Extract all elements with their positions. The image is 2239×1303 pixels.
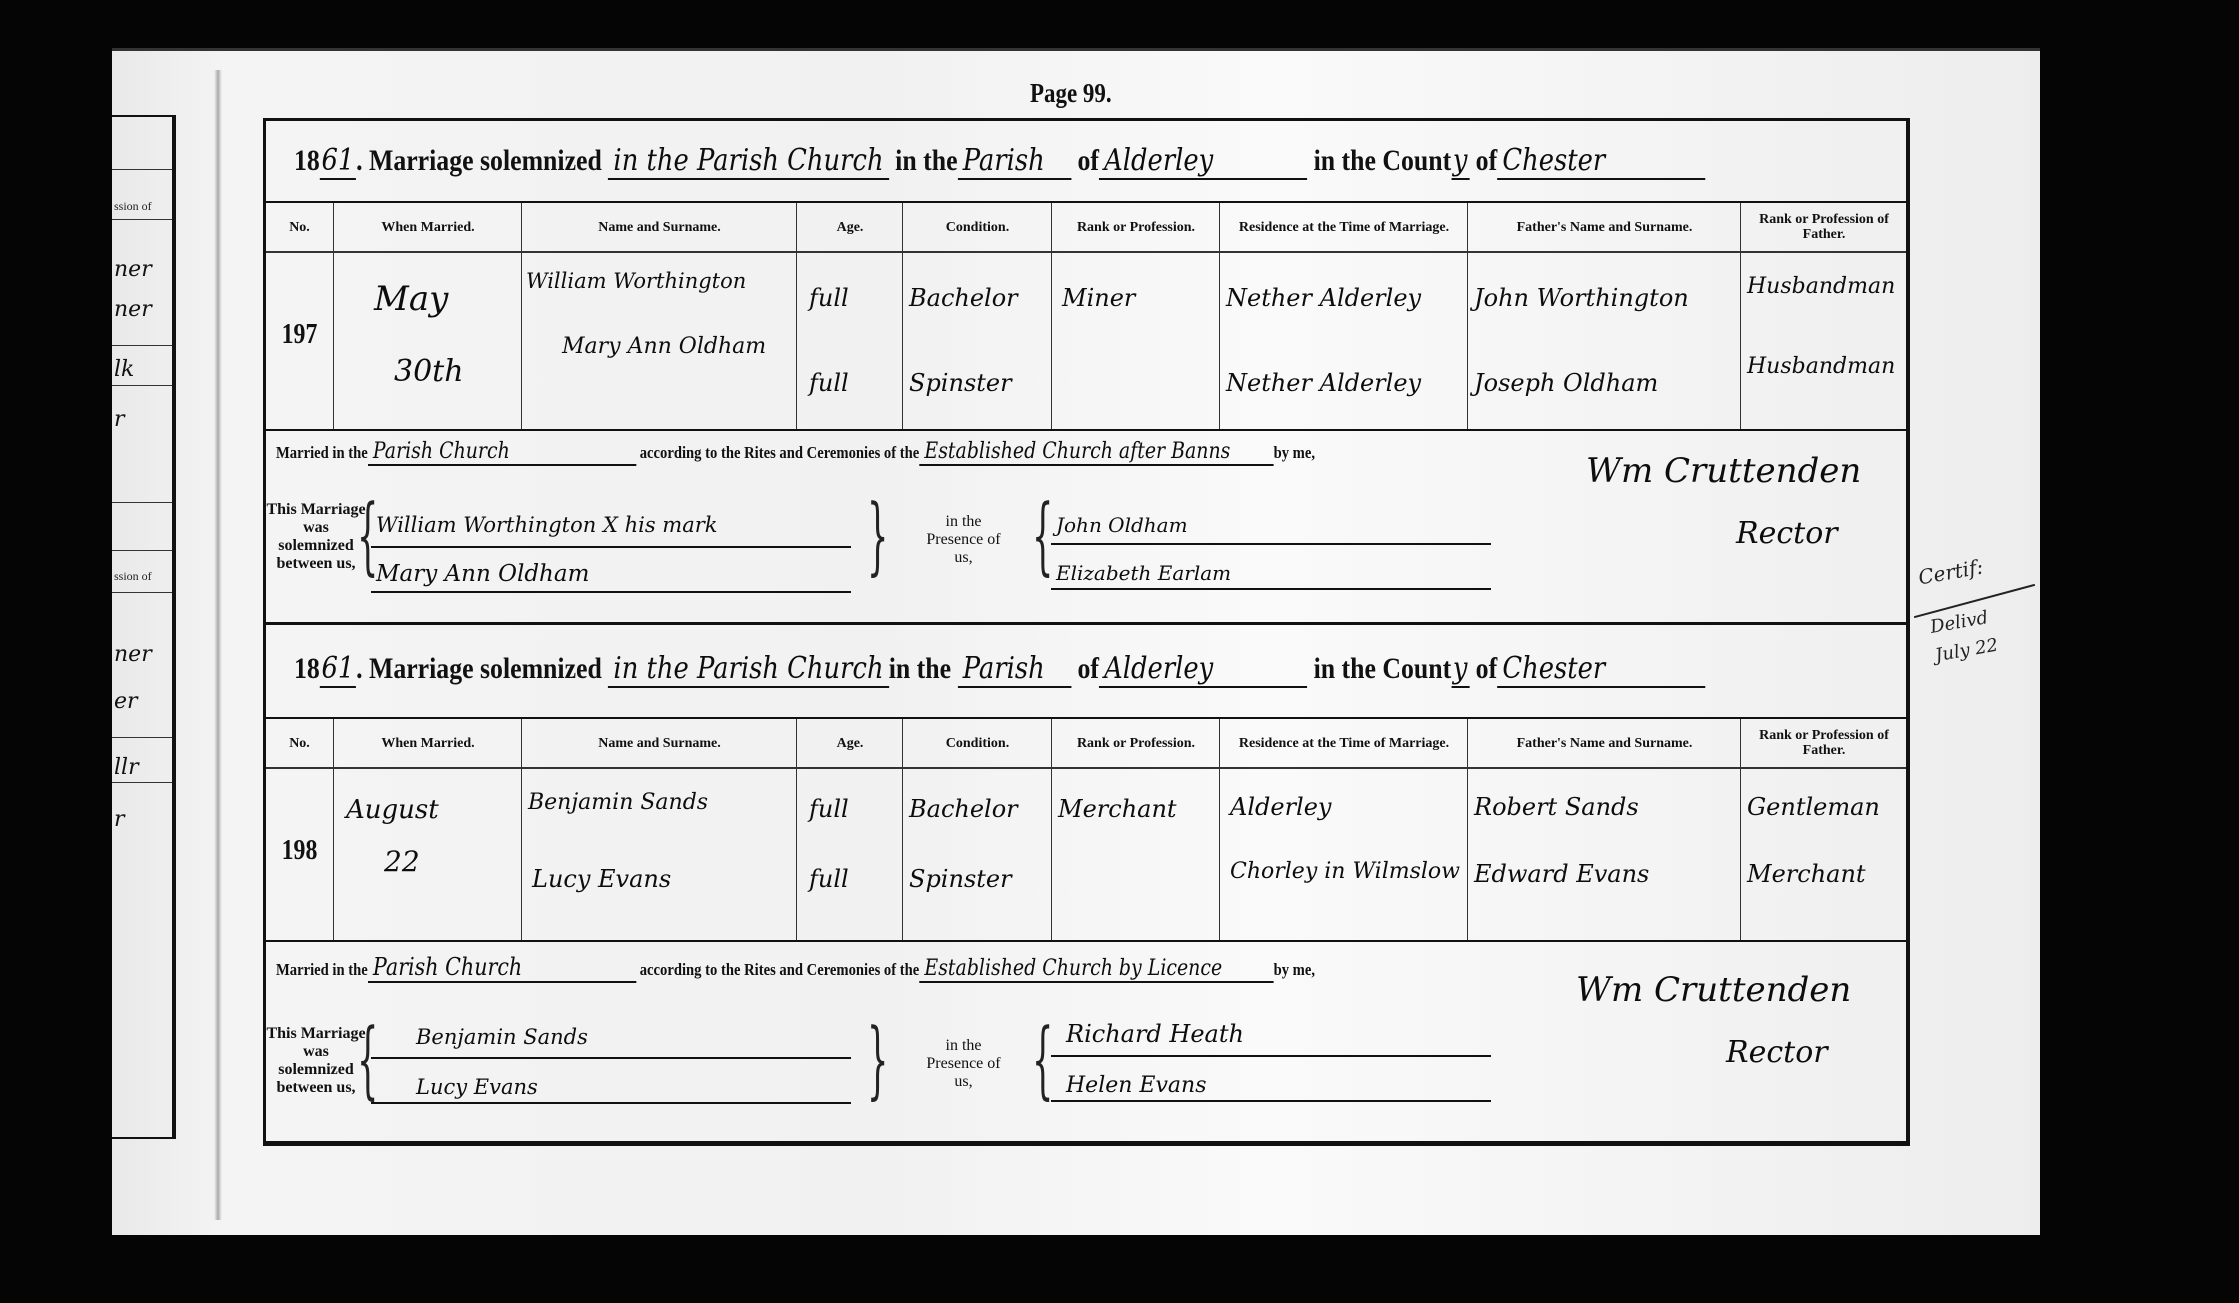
- left-entry-text: r: [114, 407, 125, 432]
- place-field: in the Parish Church: [608, 143, 888, 180]
- signature-line: [371, 1057, 851, 1059]
- divider: [112, 550, 172, 551]
- bride-name: Mary Ann Oldham: [562, 334, 766, 359]
- label: in the Count: [1314, 652, 1452, 685]
- bride-name: Lucy Evans: [532, 865, 671, 893]
- marriage-day: 30th: [394, 354, 464, 389]
- left-entry-text: ner: [114, 297, 152, 322]
- groom-condition: Bachelor: [909, 795, 1018, 823]
- county-suffix: y: [1451, 651, 1469, 688]
- cell-profession: Miner: [1051, 249, 1220, 429]
- marriage-entry-198: 1861. Marriage solemnized in the Parish …: [263, 622, 1910, 1146]
- left-entry-text: er: [114, 689, 138, 714]
- marriage-entry-197: 1861. Marriage solemnized in the Parish …: [263, 118, 1910, 626]
- divider: [112, 502, 172, 503]
- bride-father-profession: Merchant: [1747, 860, 1866, 888]
- brace: {: [357, 1017, 378, 1101]
- brace: {: [1032, 1017, 1053, 1101]
- label: . Marriage solemnized: [356, 652, 602, 685]
- entry-number: 197: [271, 319, 328, 351]
- signature-line: [1051, 1055, 1491, 1057]
- column-headers: No. When Married. Name and Surname. Age.…: [266, 201, 1906, 253]
- label: . Marriage solemnized: [356, 144, 602, 177]
- this-marriage-label: This Marriage was solemnized between us,: [266, 1025, 366, 1097]
- bride-signature: Lucy Evans: [416, 1075, 538, 1099]
- cell-condition: Bachelor Spinster: [902, 765, 1052, 940]
- witness-2: Elizabeth Earlam: [1056, 561, 1231, 585]
- divider: [112, 592, 172, 593]
- signature-line: [371, 1102, 851, 1104]
- divider: [112, 385, 172, 386]
- left-entry-text: ner: [114, 257, 152, 282]
- groom-age: full: [809, 284, 849, 312]
- brace: }: [867, 1017, 888, 1101]
- county-field: Chester: [1497, 143, 1705, 180]
- left-entry-text: llr: [114, 755, 139, 780]
- label: in the Count: [1314, 144, 1452, 177]
- groom-father: Robert Sands: [1474, 793, 1639, 821]
- married-in-line: Married in theParish Church according to…: [276, 439, 1315, 466]
- cell-age: full full: [796, 249, 903, 429]
- groom-profession: Miner: [1062, 284, 1135, 312]
- groom-age: full: [809, 795, 849, 823]
- col-condition: Condition.: [902, 719, 1052, 767]
- married-in-field: Parish Church: [368, 439, 636, 466]
- place-field: in the Parish Church: [608, 651, 888, 688]
- col-when-married: When Married.: [333, 203, 522, 251]
- witness-1: John Oldham: [1056, 513, 1188, 537]
- label: of: [1476, 144, 1498, 177]
- cell-father-profession: Husbandman Husbandman: [1740, 249, 1907, 429]
- rites-field: Established Church after Banns: [919, 439, 1273, 466]
- cell-residence: Nether Alderley Nether Alderley: [1219, 249, 1468, 429]
- bride-condition: Spinster: [909, 865, 1012, 893]
- married-in-field: Parish Church: [368, 953, 636, 983]
- groom-father: John Worthington: [1474, 284, 1689, 312]
- groom-signature: Benjamin Sands: [416, 1025, 588, 1049]
- county-field: Chester: [1497, 651, 1705, 688]
- left-entry-text: lk: [114, 357, 134, 382]
- district-field: Alderley: [1099, 143, 1307, 180]
- label: in the: [895, 144, 957, 177]
- table-row: 198 August 22 Benjamin Sands Lucy Evans …: [266, 765, 1906, 942]
- col-condition: Condition.: [902, 203, 1052, 251]
- col-name: Name and Surname.: [521, 203, 797, 251]
- signature-line: [1051, 588, 1491, 590]
- entry-number: 198: [271, 835, 328, 867]
- witness-1: Richard Heath: [1066, 1020, 1244, 1048]
- bride-signature: Mary Ann Oldham: [376, 561, 589, 587]
- cell-when-married: August 22: [333, 765, 522, 940]
- bride-father: Edward Evans: [1474, 860, 1649, 888]
- column-headers: No. When Married. Name and Surname. Age.…: [266, 717, 1906, 769]
- officiant-signature: Wm Cruttenden: [1586, 451, 1861, 491]
- left-page-fragment: ssion of ner ner lk r ssion of ner er ll…: [112, 115, 176, 1139]
- left-header-text: ssion of: [114, 569, 152, 584]
- signature-line: [1051, 543, 1491, 545]
- cell-father-name: Robert Sands Edward Evans: [1467, 765, 1741, 940]
- brace: {: [1032, 493, 1053, 577]
- label: Married in the: [276, 960, 368, 979]
- entry-title: 1861. Marriage solemnized in the Parish …: [294, 651, 1705, 688]
- cell-no: 197: [266, 249, 333, 429]
- district-type-field: Parish: [958, 143, 1072, 180]
- groom-father-profession: Husbandman: [1747, 274, 1895, 299]
- col-when-married: When Married.: [333, 719, 522, 767]
- county-suffix: y: [1451, 143, 1469, 180]
- in-presence-label: in the Presence of us,: [926, 513, 1001, 567]
- divider: [112, 345, 172, 346]
- district-field: Alderley: [1099, 651, 1307, 688]
- label: by me,: [1274, 960, 1315, 979]
- page-number: Page 99.: [1030, 78, 1112, 109]
- entry-title: 1861. Marriage solemnized in the Parish …: [294, 143, 1705, 180]
- groom-father-profession: Gentleman: [1747, 793, 1880, 821]
- district-type-field: Parish: [958, 651, 1072, 688]
- officiant-signature: Wm Cruttenden: [1576, 970, 1851, 1010]
- divider: [112, 737, 172, 738]
- cell-profession: Merchant: [1051, 765, 1220, 940]
- officiant-title: Rector: [1736, 516, 1838, 551]
- label: in the: [889, 652, 951, 685]
- signature-line: [1051, 1100, 1491, 1102]
- officiant-title: Rector: [1726, 1035, 1828, 1070]
- cell-no: 198: [266, 765, 333, 940]
- bride-residence: Chorley in Wilmslow: [1230, 850, 1460, 894]
- bride-father-profession: Husbandman: [1747, 354, 1895, 379]
- col-age: Age.: [796, 203, 903, 251]
- col-father-profession: Rank or Profession of Father.: [1740, 203, 1907, 251]
- col-father-name: Father's Name and Surname.: [1467, 203, 1741, 251]
- cell-father-profession: Gentleman Merchant: [1740, 765, 1907, 940]
- married-in-line: Married in theParish Church according to…: [276, 953, 1315, 983]
- left-entry-text: r: [114, 807, 125, 832]
- in-presence-label: in the Presence of us,: [926, 1037, 1001, 1091]
- col-residence: Residence at the Time of Marriage.: [1219, 719, 1468, 767]
- bride-age: full: [809, 369, 849, 397]
- groom-name: Benjamin Sands: [528, 790, 708, 815]
- marriage-month: August: [346, 795, 439, 825]
- col-name: Name and Surname.: [521, 719, 797, 767]
- label: by me,: [1274, 443, 1315, 462]
- label: according to the Rites and Ceremonies of…: [640, 960, 920, 979]
- col-residence: Residence at the Time of Marriage.: [1219, 203, 1468, 251]
- cell-age: full full: [796, 765, 903, 940]
- year-prefix: 18: [294, 652, 320, 685]
- brace: }: [867, 493, 888, 577]
- bride-age: full: [809, 865, 849, 893]
- left-header-text: ssion of: [114, 199, 152, 214]
- bride-residence: Nether Alderley: [1226, 369, 1421, 397]
- rites-field: Established Church by Licence: [919, 956, 1273, 983]
- col-profession: Rank or Profession.: [1051, 719, 1220, 767]
- groom-condition: Bachelor: [909, 284, 1018, 312]
- col-no: No.: [266, 203, 333, 251]
- signature-line: [371, 591, 851, 593]
- page-gutter: [214, 70, 222, 1220]
- this-marriage-label: This Marriage was solemnized between us,: [266, 501, 366, 573]
- col-profession: Rank or Profession.: [1051, 203, 1220, 251]
- bride-condition: Spinster: [909, 369, 1012, 397]
- year-suffix: 61: [320, 651, 356, 688]
- divider: [112, 169, 172, 170]
- year-suffix: 61: [320, 143, 356, 180]
- cell-names: Benjamin Sands Lucy Evans: [521, 765, 797, 940]
- groom-residence: Alderley: [1230, 793, 1331, 821]
- col-father-profession: Rank or Profession of Father.: [1740, 719, 1907, 767]
- label: of: [1078, 652, 1100, 685]
- groom-profession: Merchant: [1058, 795, 1177, 823]
- groom-name: William Worthington: [526, 269, 746, 293]
- divider: [112, 219, 172, 220]
- col-father-name: Father's Name and Surname.: [1467, 719, 1741, 767]
- groom-signature: William Worthington X his mark: [376, 513, 717, 537]
- label: Married in the: [276, 443, 368, 462]
- cell-condition: Bachelor Spinster: [902, 249, 1052, 429]
- cell-names: William Worthington Mary Ann Oldham: [521, 249, 797, 429]
- table-row: 197 May 30th William Worthington Mary An…: [266, 249, 1906, 431]
- marriage-day: 22: [384, 845, 420, 878]
- label: according to the Rites and Ceremonies of…: [640, 443, 920, 462]
- col-age: Age.: [796, 719, 903, 767]
- year-prefix: 18: [294, 144, 320, 177]
- marriage-month: May: [374, 279, 448, 319]
- label: of: [1078, 144, 1100, 177]
- witness-2: Helen Evans: [1066, 1073, 1207, 1098]
- cell-father-name: John Worthington Joseph Oldham: [1467, 249, 1741, 429]
- cell-residence: Alderley Chorley in Wilmslow: [1219, 765, 1468, 940]
- left-entry-text: ner: [114, 642, 152, 667]
- signature-line: [371, 546, 851, 548]
- label: of: [1476, 652, 1498, 685]
- groom-residence: Nether Alderley: [1226, 284, 1421, 312]
- bride-father: Joseph Oldham: [1474, 369, 1658, 397]
- divider: [112, 782, 172, 783]
- col-no: No.: [266, 719, 333, 767]
- cell-when-married: May 30th: [333, 249, 522, 429]
